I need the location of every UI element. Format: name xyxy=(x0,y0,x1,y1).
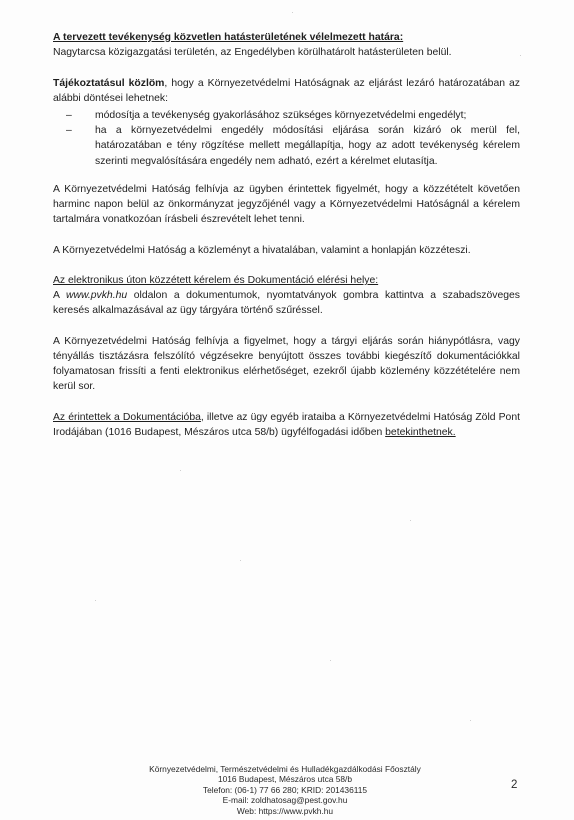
inspection-underlined-start: Az érintettek a Dokumentációba xyxy=(53,412,201,423)
decision-info-section: Tájékoztatásul közlöm, hogy a Környezetv… xyxy=(53,76,520,169)
inspection-paragraph: Az érintettek a Dokumentációba, illetve … xyxy=(53,410,520,440)
inspection-underlined-end: betekinthetnek. xyxy=(385,427,455,438)
decision-list-item: módosítja a tevékenység gyakorlásához sz… xyxy=(53,108,520,123)
footer-web: Web: https://www.pvkh.hu xyxy=(130,806,440,816)
footer-department: Környezetvédelmi, Természetvédelmi és Hu… xyxy=(130,764,440,774)
documentation-access-text: A www.pvkh.hu oldalon a dokumentumok, ny… xyxy=(53,288,520,318)
documentation-access-heading: Az elektronikus úton közzétett kérelem é… xyxy=(53,273,520,288)
footer-email: E-mail: zoldhatosag@pest.gov.hu xyxy=(130,795,440,805)
decision-info-lead: Tájékoztatásul közlöm xyxy=(53,78,164,89)
pvkh-link[interactable]: www.pvkh.hu xyxy=(66,290,127,301)
comment-period-paragraph: A Környezetvédelmi Hatóság felhívja az ü… xyxy=(53,182,520,228)
decision-list: módosítja a tevékenység gyakorlásához sz… xyxy=(53,108,520,169)
impact-area-text: Nagytarcsa közigazgatási területén, az E… xyxy=(53,45,520,60)
impact-area-section: A tervezett tevékenység közvetlen hatást… xyxy=(53,30,520,60)
supplement-paragraph: A Környezetvédelmi Hatóság felhívja a fi… xyxy=(53,334,520,395)
decision-info-paragraph: Tájékoztatásul közlöm, hogy a Környezetv… xyxy=(53,76,520,106)
decision-list-item: ha a környezetvédelmi engedély módosítás… xyxy=(53,123,520,169)
footer-address: 1016 Budapest, Mészáros utca 58/b xyxy=(130,774,440,784)
page-number: 2 xyxy=(511,779,517,791)
footer-phone: Telefon: (06-1) 77 66 280; KRID: 2014361… xyxy=(130,785,440,795)
document-page: A tervezett tevékenység közvetlen hatást… xyxy=(0,0,574,820)
page-footer: Környezetvédelmi, Természetvédelmi és Hu… xyxy=(130,764,440,816)
document-body: A tervezett tevékenység közvetlen hatást… xyxy=(53,30,520,440)
impact-area-heading: A tervezett tevékenység közvetlen hatást… xyxy=(53,30,520,45)
publication-paragraph: A Környezetvédelmi Hatóság a közleményt … xyxy=(53,243,520,258)
documentation-access-section: Az elektronikus úton közzétett kérelem é… xyxy=(53,273,520,319)
